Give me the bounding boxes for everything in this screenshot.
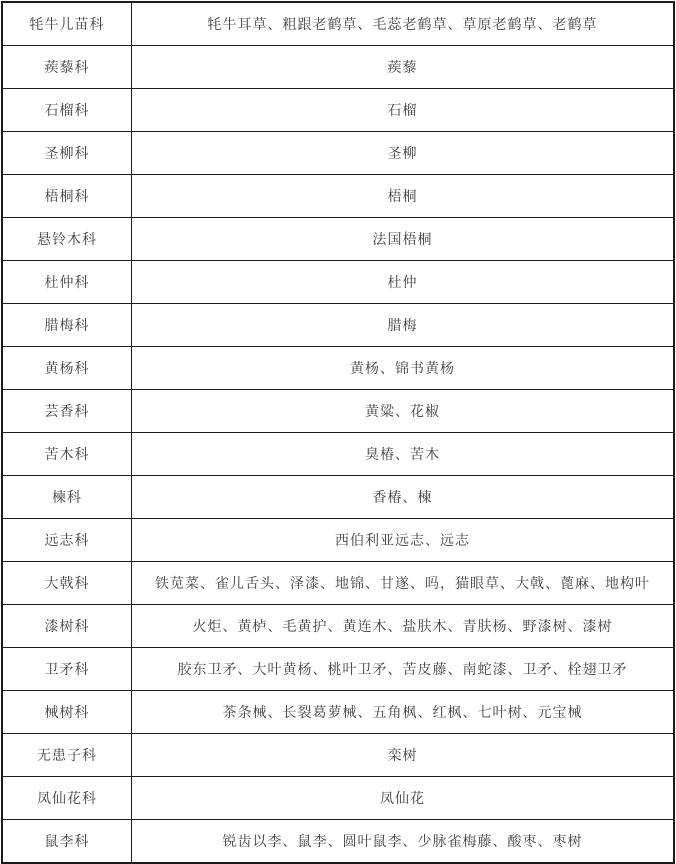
family-cell: 苦木科 <box>2 433 132 476</box>
species-cell: 栾树 <box>132 734 675 777</box>
family-cell: 漆树科 <box>2 605 132 648</box>
family-cell: 无患子科 <box>2 734 132 777</box>
family-cell: 悬铃木科 <box>2 218 132 261</box>
table-row: 卫矛科 胶东卫矛、大叶黄杨、桃叶卫矛、苦皮藤、南蛇漆、卫矛、栓翅卫矛 <box>2 648 674 691</box>
table-row: 悬铃木科 法国梧桐 <box>2 218 674 261</box>
table-row: 苦木科 臭椿、苦木 <box>2 433 674 476</box>
species-cell: 臭椿、苦木 <box>132 433 675 476</box>
table-row: 楝科 香椿、楝 <box>2 476 674 519</box>
species-cell: 香椿、楝 <box>132 476 675 519</box>
plant-family-table-page: 牦牛儿苗科 牦牛耳草、粗跟老鹤草、毛蕊老鹤草、草原老鹤草、老鹤草 蒺藜科 蒺藜 … <box>0 1 676 804</box>
table-row: 牦牛儿苗科 牦牛耳草、粗跟老鹤草、毛蕊老鹤草、草原老鹤草、老鹤草 <box>2 2 674 46</box>
species-cell: 法国梧桐 <box>132 218 675 261</box>
family-cell: 石榴科 <box>2 89 132 132</box>
table-row: 无患子科 栾树 <box>2 734 674 777</box>
family-cell: 楝科 <box>2 476 132 519</box>
family-cell: 大戟科 <box>2 562 132 605</box>
species-cell: 铁苋菜、雀儿舌头、泽漆、地锦、甘遂、吗，猫眼草、大戟、蓖麻、地构叶 <box>132 562 675 605</box>
family-cell: 卫矛科 <box>2 648 132 691</box>
family-cell: 梧桐科 <box>2 175 132 218</box>
table-row: 腊梅科 腊梅 <box>2 304 674 347</box>
table-row: 杜仲科 杜仲 <box>2 261 674 304</box>
family-cell: 杜仲科 <box>2 261 132 304</box>
table-row: 凤仙花科 凤仙花 <box>2 777 674 820</box>
table-row: 梧桐科 梧桐 <box>2 175 674 218</box>
species-cell: 茶条械、长裂葛萝械、五角枫、红枫、七叶树、元宝械 <box>132 691 675 734</box>
species-cell: 黄杨、锦书黄杨 <box>132 347 675 390</box>
species-cell: 凤仙花 <box>132 777 675 820</box>
table-row: 漆树科 火炬、黄栌、毛黄护、黄连木、盐肤木、青肤杨、野漆树、漆树 <box>2 605 674 648</box>
species-cell: 杜仲 <box>132 261 675 304</box>
family-cell: 牦牛儿苗科 <box>2 2 132 46</box>
table-row: 石榴科 石榴 <box>2 89 674 132</box>
species-cell: 胶东卫矛、大叶黄杨、桃叶卫矛、苦皮藤、南蛇漆、卫矛、栓翅卫矛 <box>132 648 675 691</box>
species-cell: 牦牛耳草、粗跟老鹤草、毛蕊老鹤草、草原老鹤草、老鹤草 <box>132 2 675 46</box>
family-cell: 圣柳科 <box>2 132 132 175</box>
species-cell: 石榴 <box>132 89 675 132</box>
table-row: 黄杨科 黄杨、锦书黄杨 <box>2 347 674 390</box>
species-cell: 锐齿以李、鼠李、圆叶鼠李、少脉雀梅藤、酸枣、枣树 <box>132 820 675 864</box>
species-cell: 火炬、黄栌、毛黄护、黄连木、盐肤木、青肤杨、野漆树、漆树 <box>132 605 675 648</box>
species-cell: 梧桐 <box>132 175 675 218</box>
plant-family-table: 牦牛儿苗科 牦牛耳草、粗跟老鹤草、毛蕊老鹤草、草原老鹤草、老鹤草 蒺藜科 蒺藜 … <box>1 1 675 864</box>
family-cell: 远志科 <box>2 519 132 562</box>
family-cell: 腊梅科 <box>2 304 132 347</box>
species-cell: 腊梅 <box>132 304 675 347</box>
species-cell: 西伯利亚远志、远志 <box>132 519 675 562</box>
table-row: 圣柳科 圣柳 <box>2 132 674 175</box>
family-cell: 蒺藜科 <box>2 46 132 89</box>
family-cell: 凤仙花科 <box>2 777 132 820</box>
species-cell: 圣柳 <box>132 132 675 175</box>
family-cell: 械树科 <box>2 691 132 734</box>
table-row: 大戟科 铁苋菜、雀儿舌头、泽漆、地锦、甘遂、吗，猫眼草、大戟、蓖麻、地构叶 <box>2 562 674 605</box>
family-cell: 芸香科 <box>2 390 132 433</box>
family-cell: 鼠李科 <box>2 820 132 864</box>
table-row: 鼠李科 锐齿以李、鼠李、圆叶鼠李、少脉雀梅藤、酸枣、枣树 <box>2 820 674 864</box>
table-row: 械树科 茶条械、长裂葛萝械、五角枫、红枫、七叶树、元宝械 <box>2 691 674 734</box>
species-cell: 蒺藜 <box>132 46 675 89</box>
family-cell: 黄杨科 <box>2 347 132 390</box>
table-row: 芸香科 黄粱、花椒 <box>2 390 674 433</box>
species-cell: 黄粱、花椒 <box>132 390 675 433</box>
table-row: 远志科 西伯利亚远志、远志 <box>2 519 674 562</box>
table-row: 蒺藜科 蒺藜 <box>2 46 674 89</box>
